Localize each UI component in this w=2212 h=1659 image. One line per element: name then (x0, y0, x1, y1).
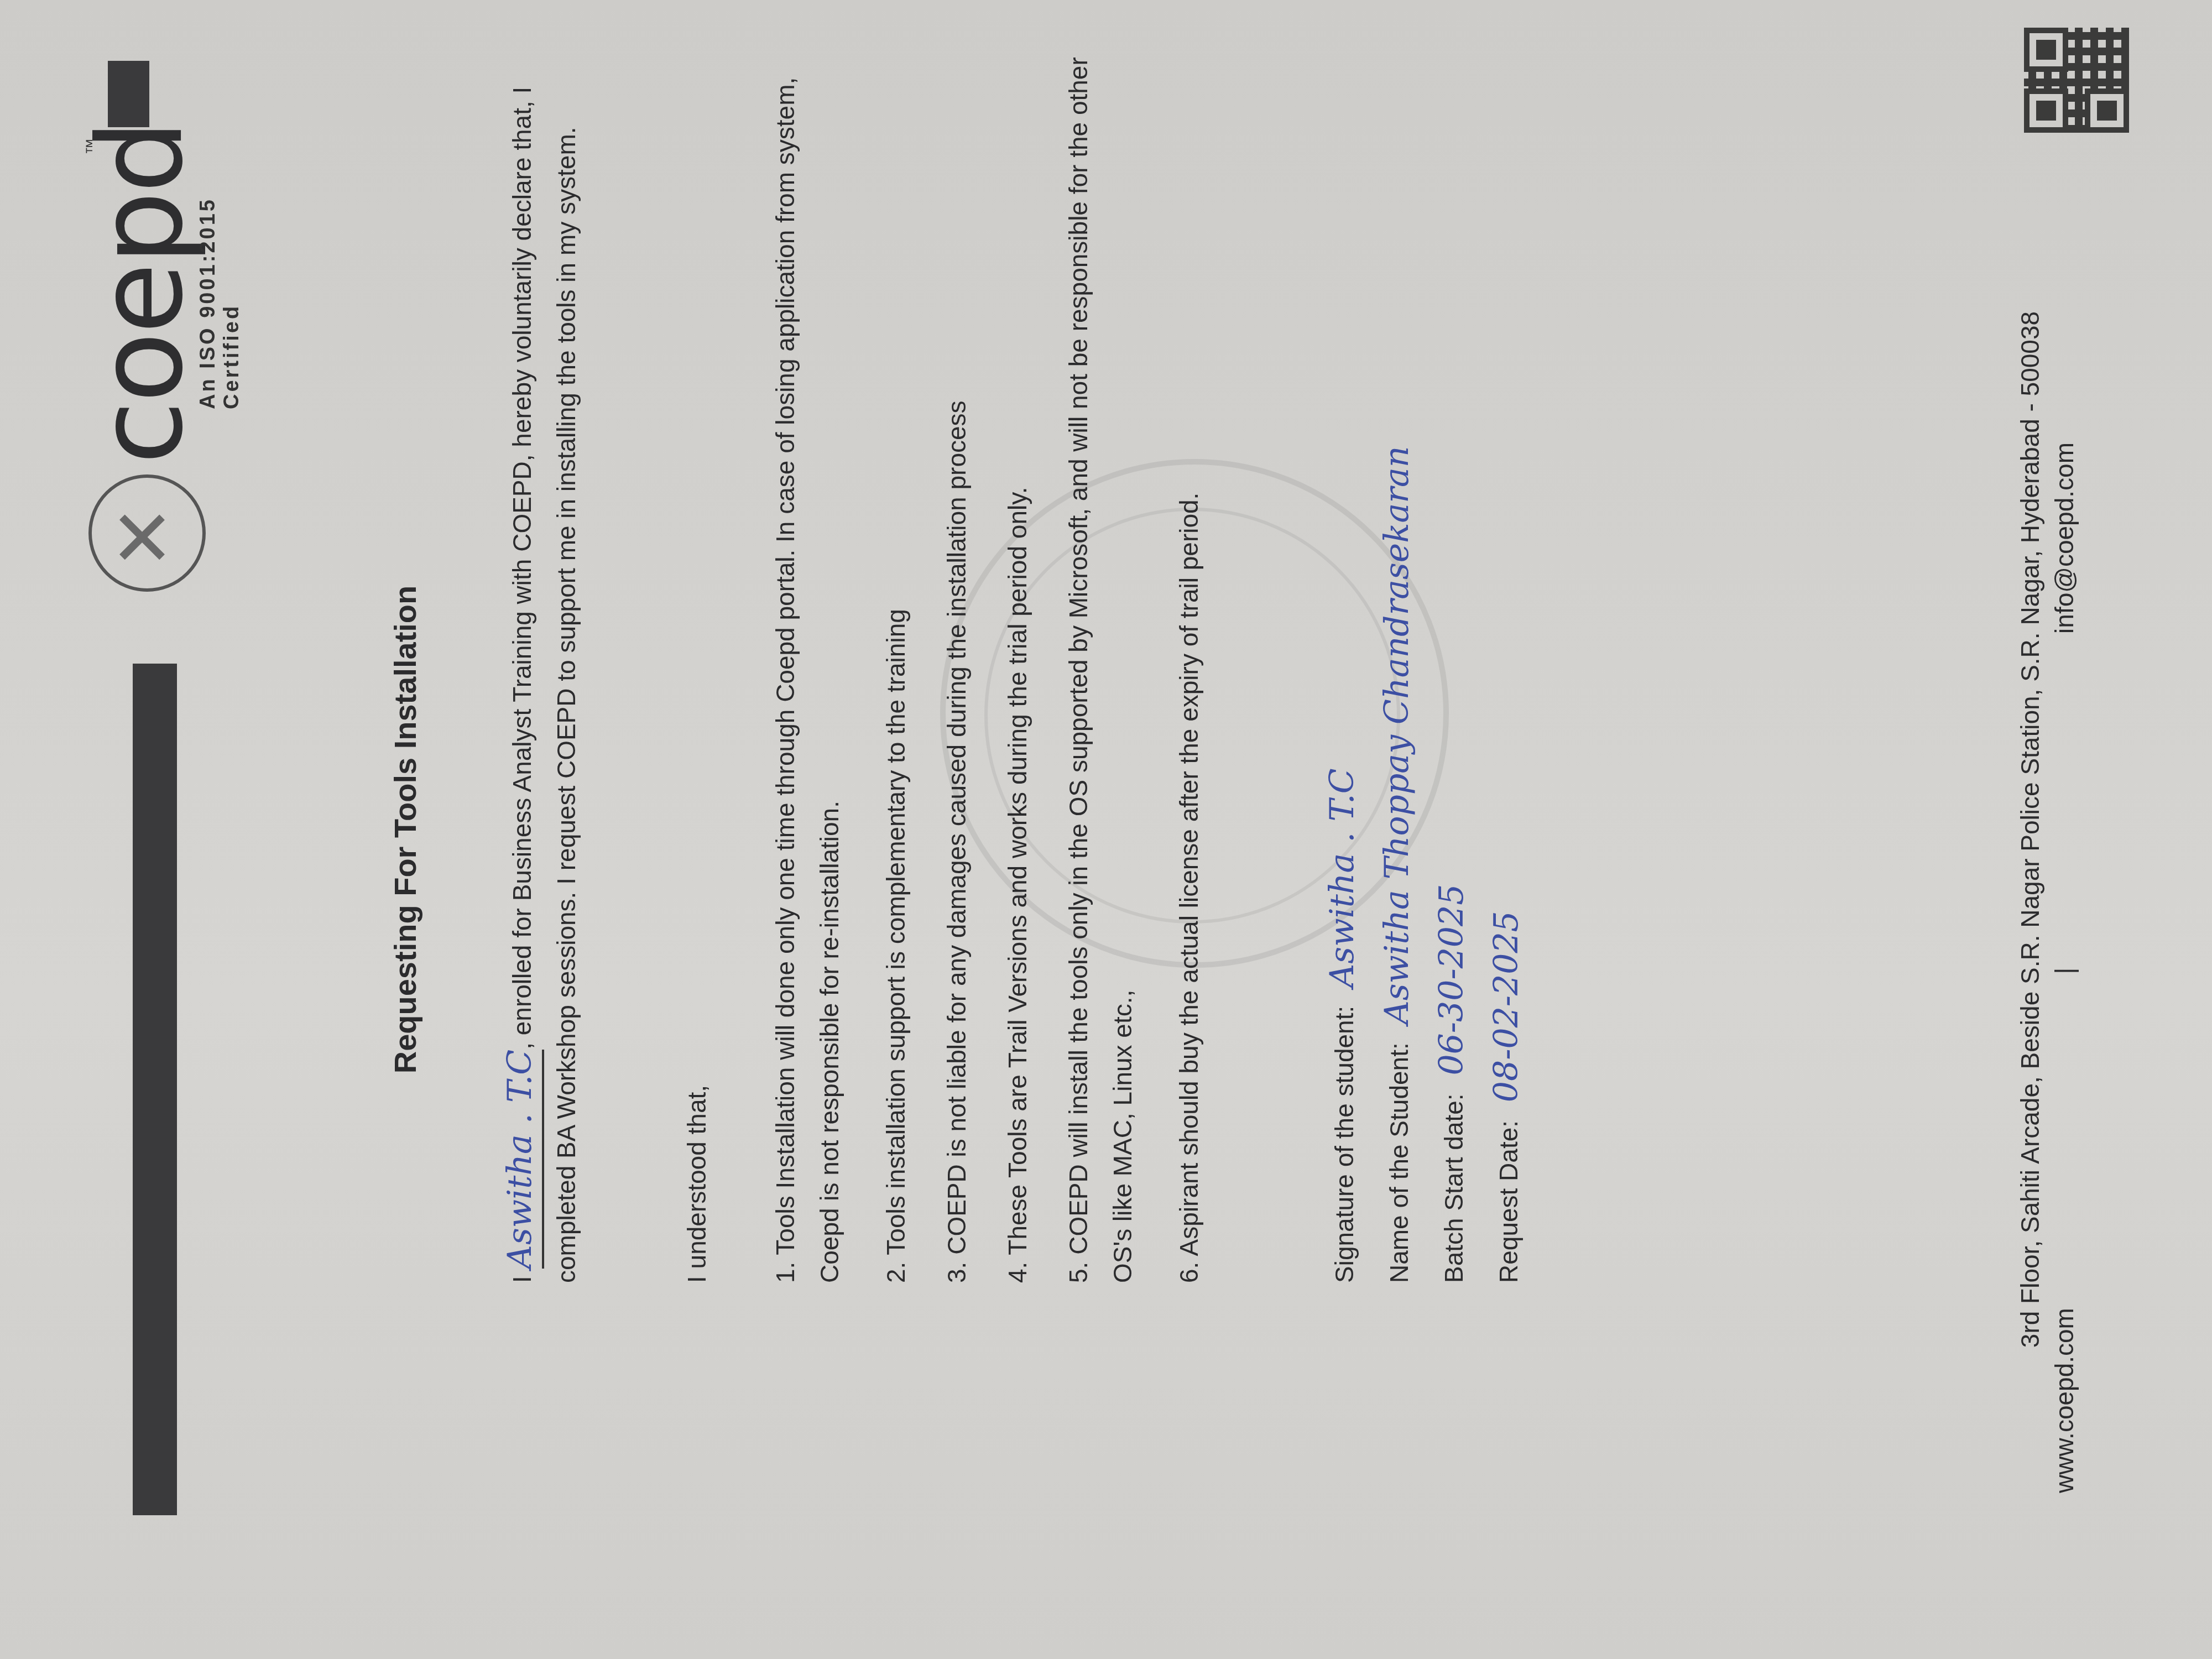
batch-row: Batch Start date: 06-30-2025 (1426, 11, 1480, 1283)
footer-contacts: www.coepd.com | info@coepd.com (2047, 0, 2081, 1659)
request-date-value: 08-02-2025 (1487, 911, 1526, 1102)
list-item: 2. Tools installation support is complem… (874, 11, 918, 1283)
footer-address: 3rd Floor, Sahiti Arcade, Beside S.R. Na… (2013, 0, 2047, 1659)
signature-label: Signature of the student: (1318, 1006, 1371, 1283)
logo-wordmark: coepd (83, 122, 199, 465)
request-date-label: Request Date: (1483, 1120, 1535, 1283)
batch-start-label: Batch Start date: (1428, 1093, 1480, 1283)
coepd-logo: ✕ coepd ™ An ISO 9001:2015 Certified (77, 116, 243, 592)
intro-prefix: I (508, 1276, 536, 1283)
intro-line2: completed BA Workshop sessions. I reques… (552, 127, 581, 1283)
page-title: Requesting For Tools Installation (387, 0, 423, 1659)
footer-website: www.coepd.com (2047, 1308, 2081, 1493)
batch-start-value: 06-30-2025 (1432, 884, 1471, 1076)
header-bar-left (133, 664, 177, 1515)
understood-heading: I understood that, (675, 11, 719, 1283)
list-item: 6. Aspirant should buy the actual licens… (1167, 11, 1211, 1283)
footer: 3rd Floor, Sahiti Arcade, Beside S.R. Na… (2013, 0, 2081, 1659)
footer-email: info@coepd.com (2047, 442, 2081, 634)
request-row: Request Date: 08-02-2025 (1480, 11, 1535, 1283)
trademark-mark: ™ (83, 138, 102, 155)
qr-code-icon (2024, 28, 2129, 133)
list-item: 1. Tools Installation will done only one… (763, 11, 852, 1283)
signature-row: Signature of the student: Aswitha . T.C (1316, 11, 1371, 1283)
signature-block: Signature of the student: Aswitha . T.C … (1316, 11, 1535, 1283)
list-item: 3. COEPD is not liable for any damages c… (935, 11, 979, 1283)
document-page: ✕ coepd ™ An ISO 9001:2015 Certified Req… (0, 0, 2212, 1659)
signature-value: Aswitha . T.C (1323, 768, 1361, 988)
iso-certification: An ISO 9001:2015 Certified (196, 116, 244, 409)
list-item: 4. These Tools are Trail Versions and wo… (995, 11, 1040, 1283)
footer-separator: | (2047, 968, 2081, 974)
intro-line1: , enrolled for Business Analyst Training… (508, 87, 536, 1050)
logo-x-icon: ✕ (100, 505, 188, 570)
name-label: Name of the Student: (1373, 1042, 1426, 1283)
student-name-field: Aswitha . T.C (498, 1050, 544, 1269)
list-item: 5. COEPD will install the tools only in … (1056, 11, 1145, 1283)
intro-paragraph: I Aswitha . T.C, enrolled for Business A… (498, 11, 588, 1283)
name-row: Name of the Student: Aswitha Thoppay Cha… (1371, 11, 1426, 1283)
name-value: Aswitha Thoppay Chandrasekaran (1378, 446, 1416, 1025)
